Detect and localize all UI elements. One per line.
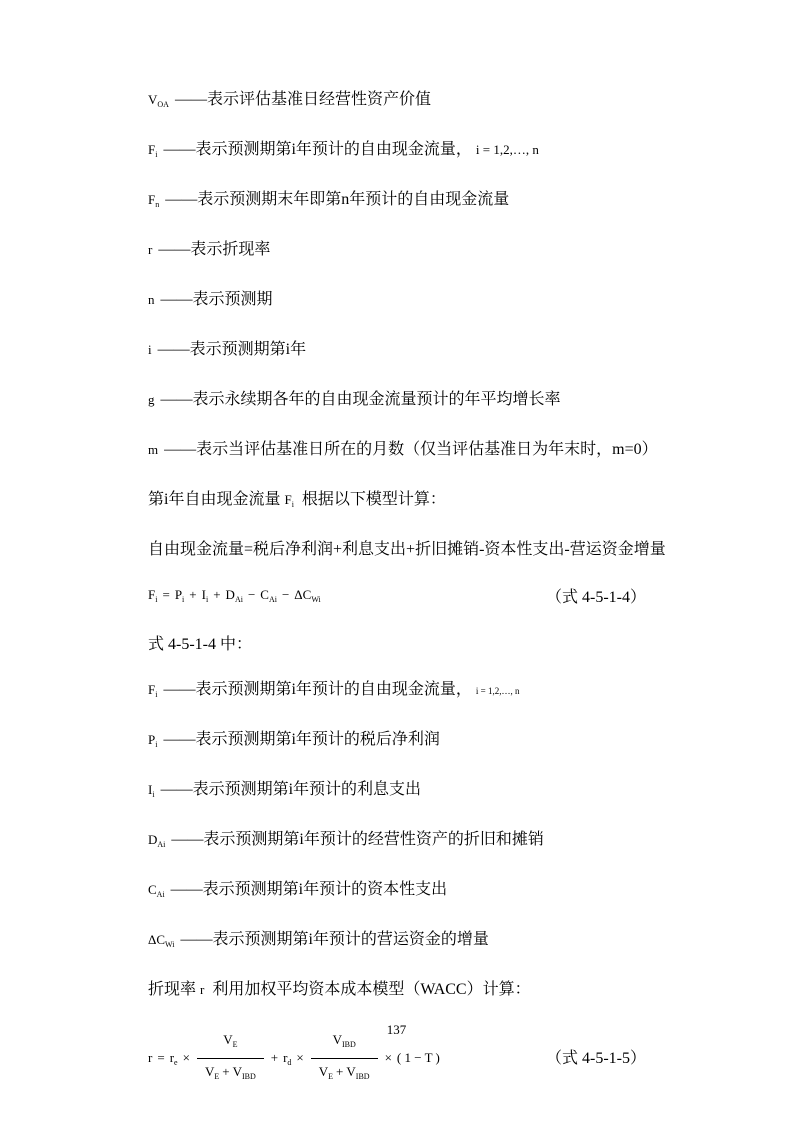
term-dai: DAi bbox=[226, 587, 243, 602]
term-rd: rd bbox=[283, 1050, 291, 1065]
definition-tail: i = 1,2,…, n bbox=[476, 686, 520, 696]
formula-label: （式 4-5-1-5） bbox=[546, 1049, 646, 1069]
equals-sign: = bbox=[162, 587, 169, 602]
symbol-r: r bbox=[148, 242, 152, 257]
times-sign: × bbox=[385, 1050, 392, 1065]
term-re: re bbox=[170, 1050, 178, 1065]
definition-pi: Pi——表示预测期第i年预计的税后净利润 bbox=[148, 730, 681, 755]
page-content: VOA——表示评估基准日经营性资产价值 Fi——表示预测期第i年预计的自由现金流… bbox=[148, 90, 681, 1112]
term-ii: Ii bbox=[202, 587, 209, 602]
definition-text: ——表示预测期第i年预计的税后净利润 bbox=[163, 731, 439, 748]
definition-n: n——表示预测期 bbox=[148, 290, 681, 315]
fraction-denominator: VE+VIBD bbox=[197, 1058, 264, 1087]
symbol-n: n bbox=[148, 292, 155, 307]
definition-text: ——表示当评估基准日所在的月数（仅当评估基准日为年末时，m=0） bbox=[164, 441, 657, 458]
definition-text: ——表示预测期 bbox=[161, 291, 273, 308]
definition-text: ——表示评估基准日经营性资产价值 bbox=[175, 91, 431, 108]
definition-tail: i = 1,2,…, n bbox=[476, 142, 539, 157]
paragraph-fcf-equation: 自由现金流量=税后净利润+利息支出+折旧摊销-资本性支出-营运资金增量 bbox=[148, 540, 681, 560]
symbol-fi-inline: Fi bbox=[284, 492, 293, 507]
formula-4-5-1-5: r=re×VEVE+VIBD+rd×VIBDVE+VIBD×( 1 − T ) … bbox=[148, 1030, 681, 1087]
minus-sign: − bbox=[282, 587, 289, 602]
definition-text: ——表示预测期第i年 bbox=[158, 341, 306, 358]
fraction-denominator: VE+VIBD bbox=[311, 1058, 378, 1087]
definition-text: ——表示预测期第i年预计的自由现金流量， bbox=[163, 681, 471, 698]
paragraph-wacc-intro: 折现率r 利用加权平均资本成本模型（WACC）计算： bbox=[148, 980, 681, 1005]
symbol-fi: Fi bbox=[148, 682, 157, 697]
definition-i: i——表示预测期第i年 bbox=[148, 340, 681, 365]
minus-sign: − bbox=[248, 587, 255, 602]
term-r: r bbox=[148, 1050, 152, 1065]
definition-m: m——表示当评估基准日所在的月数（仅当评估基准日为年末时，m=0） bbox=[148, 440, 681, 465]
definition-text: ——表示预测期第i年预计的资本性支出 bbox=[171, 881, 447, 898]
symbol-pi: Pi bbox=[148, 732, 157, 747]
definition-cai: CAi——表示预测期第i年预计的资本性支出 bbox=[148, 880, 681, 905]
symbol-voa: VOA bbox=[148, 92, 169, 107]
times-sign: × bbox=[183, 1050, 190, 1065]
symbol-m: m bbox=[148, 442, 158, 457]
definition-fi-2: Fi——表示预测期第i年预计的自由现金流量，i = 1,2,…, n bbox=[148, 680, 681, 705]
symbol-ii: Ii bbox=[148, 782, 155, 797]
formula-4-5-1-4: Fi=Pi+Ii+DAi−CAi−ΔCWi （式 4-5-1-4） bbox=[148, 585, 681, 610]
symbol-fi: Fi bbox=[148, 142, 157, 157]
term-one-minus-t: ( 1 − T ) bbox=[397, 1050, 440, 1065]
symbol-r-inline: r bbox=[200, 982, 204, 997]
definition-text: ——表示预测期第i年预计的自由现金流量， bbox=[163, 141, 471, 158]
definition-delta-cwi: ΔCWi——表示预测期第i年预计的营运资金的增量 bbox=[148, 930, 681, 955]
symbol-delta-cwi: ΔCWi bbox=[148, 932, 174, 947]
formula-label: （式 4-5-1-4） bbox=[546, 588, 646, 608]
definition-text: ——表示预测期末年即第n年预计的自由现金流量 bbox=[165, 191, 509, 208]
plus-sign: + bbox=[189, 587, 196, 602]
term-delta-cwi: ΔCWi bbox=[294, 587, 320, 602]
definition-g: g——表示永续期各年的自由现金流量预计的年平均增长率 bbox=[148, 390, 681, 415]
formula-4-5-1-5-expression: r=re×VEVE+VIBD+rd×VIBDVE+VIBD×( 1 − T ) bbox=[148, 1030, 440, 1087]
definition-voa: VOA——表示评估基准日经营性资产价值 bbox=[148, 90, 681, 115]
term-fi: Fi bbox=[148, 587, 157, 602]
definition-ii: Ii——表示预测期第i年预计的利息支出 bbox=[148, 780, 681, 805]
definition-text: ——表示折现率 bbox=[158, 241, 270, 258]
definition-fi: Fi——表示预测期第i年预计的自由现金流量，i = 1,2,…, n bbox=[148, 140, 681, 165]
fraction-debt-weight: VIBDVE+VIBD bbox=[311, 1030, 378, 1087]
equals-sign: = bbox=[157, 1050, 164, 1065]
definition-fn: Fn——表示预测期末年即第n年预计的自由现金流量 bbox=[148, 190, 681, 215]
symbol-i: i bbox=[148, 342, 152, 357]
fraction-equity-weight: VEVE+VIBD bbox=[197, 1030, 264, 1087]
term-pi: Pi bbox=[175, 587, 184, 602]
paragraph-formula1-where: 式 4-5-1-4 中： bbox=[148, 635, 681, 655]
paragraph-model-intro: 第i年自由现金流量Fi 根据以下模型计算： bbox=[148, 490, 681, 515]
symbol-cai: CAi bbox=[148, 882, 165, 897]
definition-text: ——表示预测期第i年预计的营运资金的增量 bbox=[180, 931, 488, 948]
document-page: VOA——表示评估基准日经营性资产价值 Fi——表示预测期第i年预计的自由现金流… bbox=[0, 0, 793, 1122]
times-sign: × bbox=[296, 1050, 303, 1065]
symbol-fn: Fn bbox=[148, 192, 159, 207]
plus-sign: + bbox=[271, 1050, 278, 1065]
definition-r: r——表示折现率 bbox=[148, 240, 681, 265]
definition-text: ——表示预测期第i年预计的经营性资产的折旧和摊销 bbox=[171, 831, 543, 848]
definition-text: ——表示永续期各年的自由现金流量预计的年平均增长率 bbox=[161, 391, 561, 408]
definition-text: ——表示预测期第i年预计的利息支出 bbox=[161, 781, 421, 798]
symbol-g: g bbox=[148, 392, 155, 407]
symbol-dai: DAi bbox=[148, 832, 165, 847]
definition-dai: DAi——表示预测期第i年预计的经营性资产的折旧和摊销 bbox=[148, 830, 681, 855]
formula-4-5-1-4-expression: Fi=Pi+Ii+DAi−CAi−ΔCWi bbox=[148, 585, 321, 610]
term-cai: CAi bbox=[260, 587, 277, 602]
page-number: 137 bbox=[0, 1022, 793, 1038]
plus-sign: + bbox=[213, 587, 220, 602]
